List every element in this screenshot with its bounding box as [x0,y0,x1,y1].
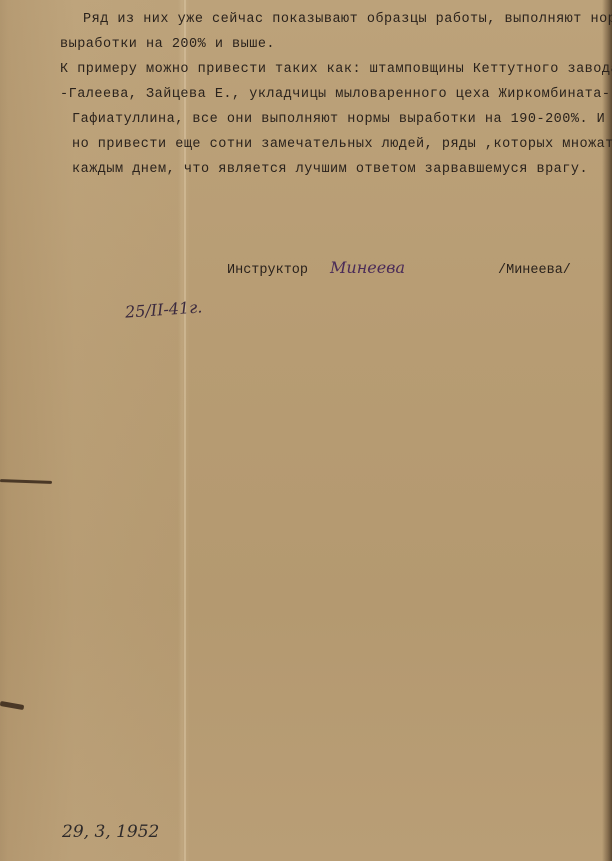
text-line: Гафиатуллина, все они выполняют нормы вы… [72,112,612,127]
document-page: Ряд из них уже сейчас показывают образцы… [0,0,612,861]
typed-signatory-name: /Минеева/ [498,263,571,278]
left-margin-strip [0,0,186,861]
text-line: выработки на 200% и выше. [60,37,275,52]
handwritten-date: 25/II-41г. [124,297,202,321]
text-line: но привести еще сотни замечательных люде… [72,137,612,152]
signatory-title: Инструктор [227,263,308,278]
text-line: каждым днем, что является лучшим ответом… [72,162,588,177]
paper-right-edge [602,0,612,861]
paper-fold-line [184,0,186,861]
text-line: Ряд из них уже сейчас показывают образцы… [83,12,612,27]
handwritten-signature: Минеева [330,258,405,277]
archive-date: 29, 3, 1952 [62,822,159,842]
text-line: К примеру можно привести таких как: штам… [60,62,612,77]
text-line: -Галеева, Зайцева Е., укладчицы мыловаре… [60,87,610,102]
